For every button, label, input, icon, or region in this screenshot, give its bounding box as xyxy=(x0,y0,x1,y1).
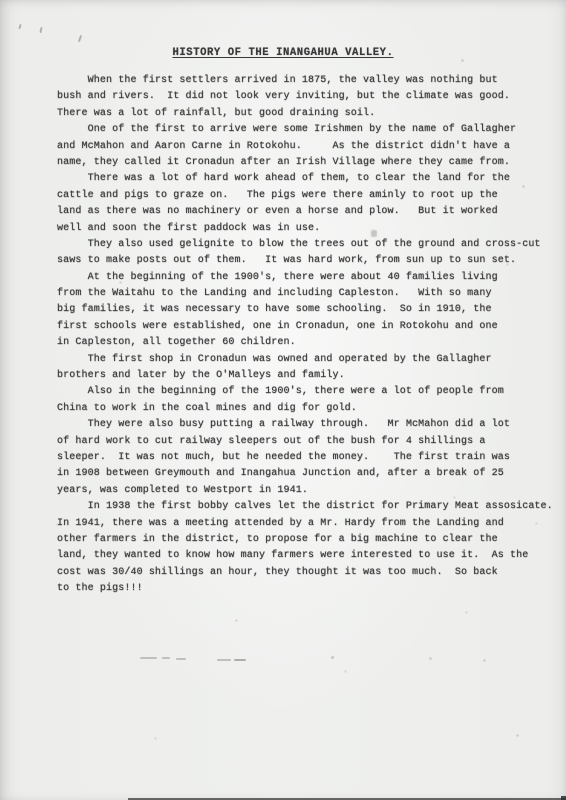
text-line: big families, it was necessary to have s… xyxy=(57,302,553,318)
paragraph: When the first settlers arrived in 1875,… xyxy=(57,73,553,122)
paragraph: In 1938 the first bobby calves let the d… xyxy=(57,499,553,597)
text-line: name, they called it Cronadun after an I… xyxy=(57,155,553,171)
text-line: from the Waitahu to the Landing and incl… xyxy=(57,286,553,302)
paragraph: There was a lot of hard work ahead of th… xyxy=(57,171,553,237)
pencil-mark xyxy=(18,24,21,29)
text-line: in Capleston, all together 60 children. xyxy=(57,335,553,351)
text-line: to the pigs!!! xyxy=(57,581,553,597)
paragraph: They were also busy putting a railway th… xyxy=(57,417,553,499)
text-line: cost was 30/40 shillings an hour, they t… xyxy=(57,565,553,581)
text-line: in 1908 between Greymouth and Inangahua … xyxy=(57,466,553,482)
erased-pencil-dash xyxy=(176,658,186,660)
scan-corner-mark xyxy=(561,796,566,800)
text-line: years, was completed to Westport in 1941… xyxy=(57,483,553,499)
text-line: cattle and pigs to graze on. The pigs we… xyxy=(57,188,553,204)
text-line: They also used gelignite to blow the tre… xyxy=(57,237,553,253)
text-line: In 1941, there was a meeting attended by… xyxy=(57,516,553,532)
text-line: They were also busy putting a railway th… xyxy=(57,417,553,433)
text-line: well and soon the first paddock was in u… xyxy=(57,221,553,237)
text-line: first schools were established, one in C… xyxy=(57,319,553,335)
text-line: bush and rivers. It did not look very in… xyxy=(57,89,553,105)
text-line: and McMahon and Aaron Carne in Rotokohu.… xyxy=(57,139,553,155)
erased-pencil-dash xyxy=(234,659,246,661)
ink-smudge xyxy=(371,230,377,237)
text-line: of hard work to cut railway sleepers out… xyxy=(57,434,553,450)
text-line: One of the first to arrive were some Iri… xyxy=(57,122,553,138)
text-line: sleeper. It was not much, but he needed … xyxy=(57,450,553,466)
text-line: land as there was no machinery or even a… xyxy=(57,204,553,220)
paragraph: At the beginning of the 1900's, there we… xyxy=(57,270,553,352)
text-line: The first shop in Cronadun was owned and… xyxy=(57,352,553,368)
erased-pencil-dash xyxy=(140,657,157,659)
text-line: land, they wanted to know how many farme… xyxy=(57,548,553,564)
pencil-mark xyxy=(39,27,42,33)
scan-specks xyxy=(0,0,1,1)
paragraph: One of the first to arrive were some Iri… xyxy=(57,122,553,171)
document-body: When the first settlers arrived in 1875,… xyxy=(57,73,553,598)
text-line: There was a lot of rainfall, but good dr… xyxy=(57,106,553,122)
text-line: other farmers in the district, to propos… xyxy=(57,532,553,548)
erased-pencil-dash xyxy=(217,659,231,661)
erased-pencil-dash xyxy=(162,657,170,659)
pencil-mark xyxy=(78,35,82,42)
text-line: There was a lot of hard work ahead of th… xyxy=(57,171,553,187)
text-line: brothers and later by the O'Malleys and … xyxy=(57,368,553,384)
page-title: HISTORY OF THE INANGAHUA VALLEY. xyxy=(0,47,566,59)
text-line: In 1938 the first bobby calves let the d… xyxy=(57,499,553,515)
text-line: When the first settlers arrived in 1875,… xyxy=(57,73,553,89)
text-line: saws to make posts out of them. It was h… xyxy=(57,253,553,269)
paragraph: They also used gelignite to blow the tre… xyxy=(57,237,553,270)
paragraph: Also in the beginning of the 1900's, the… xyxy=(57,384,553,417)
scanned-page: HISTORY OF THE INANGAHUA VALLEY. When th… xyxy=(0,0,566,800)
paragraph: The first shop in Cronadun was owned and… xyxy=(57,352,553,385)
text-line: China to work in the coal mines and dig … xyxy=(57,401,553,417)
text-line: At the beginning of the 1900's, there we… xyxy=(57,270,553,286)
text-line: Also in the beginning of the 1900's, the… xyxy=(57,384,553,400)
